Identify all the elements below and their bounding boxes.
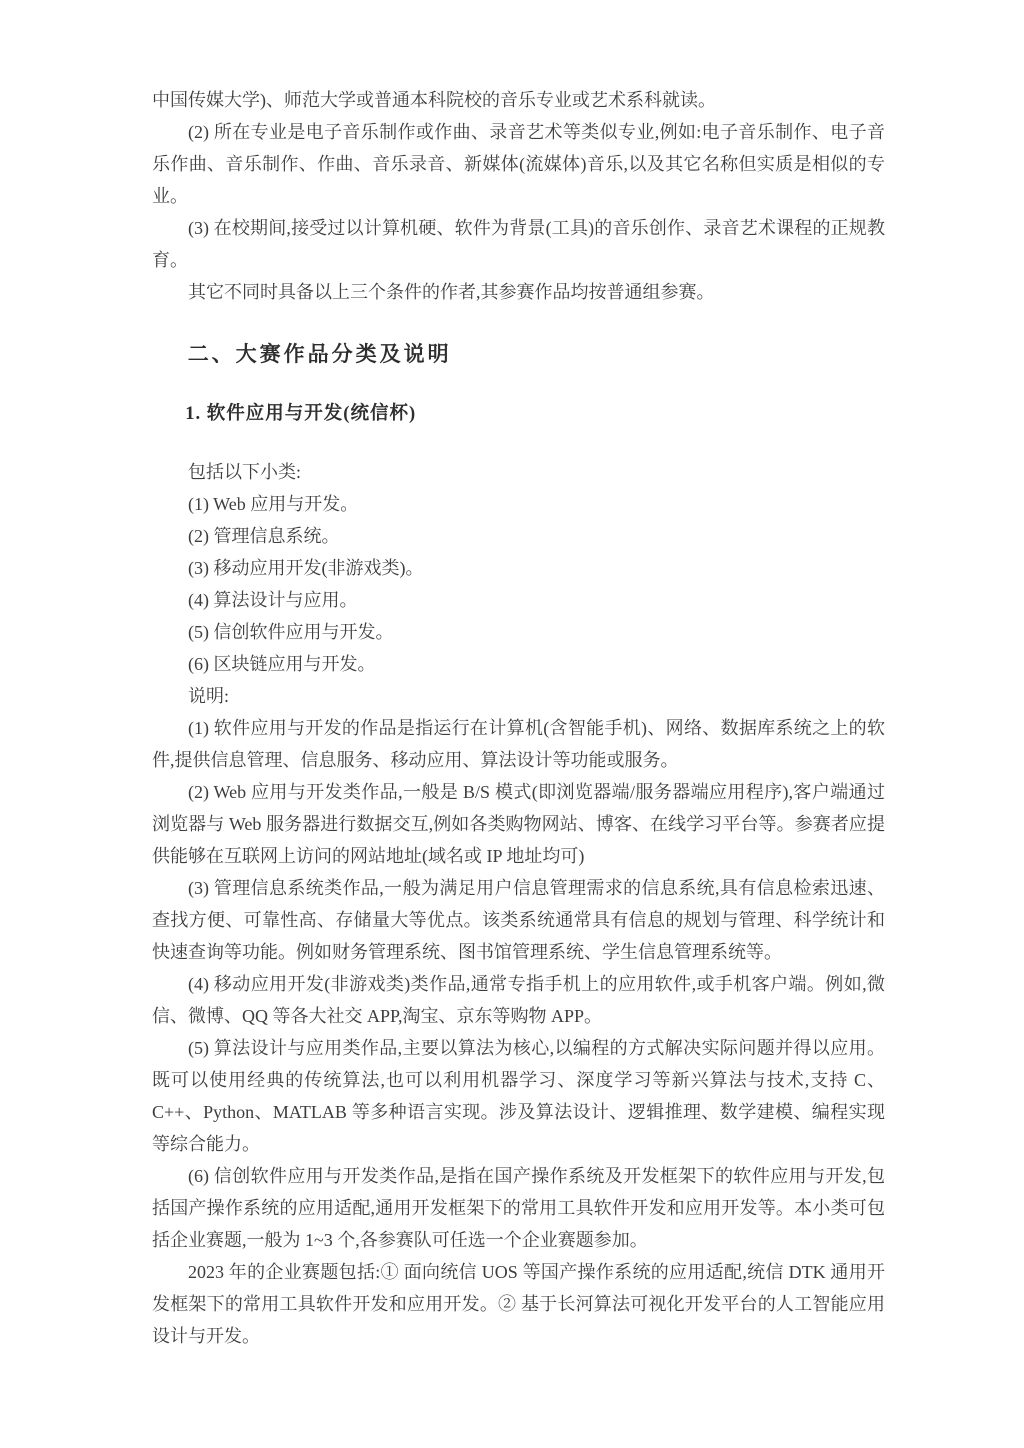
notes-label: 说明: (152, 680, 885, 712)
category-item: (3) 移动应用开发(非游戏类)。 (152, 552, 885, 584)
document-content: 中国传媒大学)、师范大学或普通本科院校的音乐专业或艺术系科就读。 (2) 所在专… (152, 84, 885, 1352)
category-item: (4) 算法设计与应用。 (152, 584, 885, 616)
section-heading: 二、大赛作品分类及说明 (152, 338, 885, 370)
note-paragraph: (1) 软件应用与开发的作品是指运行在计算机(含智能手机)、网络、数据库系统之上… (152, 712, 885, 776)
category-list-intro: 包括以下小类: (152, 456, 885, 488)
subsection-heading: 1. 软件应用与开发(统信杯) (152, 398, 885, 430)
category-item: (2) 管理信息系统。 (152, 520, 885, 552)
intro-paragraph: 其它不同时具备以上三个条件的作者,其参赛作品均按普通组参赛。 (152, 276, 885, 308)
note-paragraph: (4) 移动应用开发(非游戏类)类作品,通常专指手机上的应用软件,或手机客户端。… (152, 968, 885, 1032)
note-paragraph: (2) Web 应用与开发类作品,一般是 B/S 模式(即浏览器端/服务器端应用… (152, 776, 885, 872)
note-paragraph: 2023 年的企业赛题包括:① 面向统信 UOS 等国产操作系统的应用适配,统信… (152, 1256, 885, 1352)
category-item: (1) Web 应用与开发。 (152, 488, 885, 520)
category-item: (5) 信创软件应用与开发。 (152, 616, 885, 648)
category-item: (6) 区块链应用与开发。 (152, 648, 885, 680)
intro-paragraph: (2) 所在专业是电子音乐制作或作曲、录音艺术等类似专业,例如:电子音乐制作、电… (152, 116, 885, 212)
note-paragraph: (5) 算法设计与应用类作品,主要以算法为核心,以编程的方式解决实际问题并得以应… (152, 1032, 885, 1160)
intro-paragraph: (3) 在校期间,接受过以计算机硬、软件为背景(工具)的音乐创作、录音艺术课程的… (152, 212, 885, 276)
intro-paragraph: 中国传媒大学)、师范大学或普通本科院校的音乐专业或艺术系科就读。 (152, 84, 885, 116)
note-paragraph: (6) 信创软件应用与开发类作品,是指在国产操作系统及开发框架下的软件应用与开发… (152, 1160, 885, 1256)
note-paragraph: (3) 管理信息系统类作品,一般为满足用户信息管理需求的信息系统,具有信息检索迅… (152, 872, 885, 968)
document-page: 中国传媒大学)、师范大学或普通本科院校的音乐专业或艺术系科就读。 (2) 所在专… (0, 0, 1024, 1448)
